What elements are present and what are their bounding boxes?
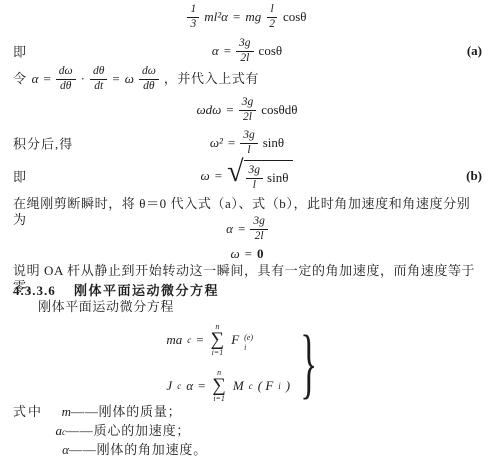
inertia-symbol: J — [166, 378, 172, 394]
sin-term: sinθ — [263, 135, 284, 151]
cos-term: cosθdθ — [261, 102, 297, 118]
equation-alpha-result: α = 3g2l — [0, 215, 494, 243]
where-intro: 式中 — [13, 401, 43, 420]
zero-value: 0 — [257, 246, 264, 262]
mg-term: mg — [245, 9, 261, 25]
where-row-accel: ac ——质心的加速度； — [48, 420, 190, 439]
after-integration-label: 积分后,得 — [13, 134, 73, 153]
subscript-i: i — [278, 381, 281, 391]
fraction-numerator: 3g — [239, 96, 257, 110]
substitute-text: ，并代入上式有 — [164, 71, 259, 87]
equation-omega-zero: ω = 0 — [0, 246, 494, 262]
superscript-e: (e) — [244, 333, 253, 343]
alpha-symbol: α — [212, 43, 219, 59]
fraction-3g-2l: 3g2l — [239, 96, 257, 123]
omega-symbol: ω — [125, 71, 134, 87]
subscript-i: i — [244, 343, 246, 353]
force-argument: ( F — [258, 378, 274, 394]
equation-moment: Jcα = n ∑ i=1 Mc ( Fi) — [166, 368, 290, 404]
sub-superscript: (e) i — [244, 333, 253, 353]
symbol-a: a — [48, 423, 62, 439]
description-accel: ——质心的加速度； — [66, 420, 190, 439]
equation-newton: mac = n ∑ i=1 F (e) i — [166, 322, 290, 358]
c-subscript: c — [177, 381, 181, 391]
symbol-m: m — [57, 404, 71, 420]
equals-sign: = — [196, 332, 203, 348]
c-subscript: c — [249, 381, 253, 391]
sum-lower-limit: i=1 — [213, 395, 225, 403]
equation-torque: 13 ml²α = mg l2 cosθ — [0, 2, 494, 32]
equation-system: mac = n ∑ i=1 F (e) i Jcα = n ∑ — [0, 318, 494, 408]
fraction-numerator: dω — [56, 65, 76, 79]
summation: n ∑ i=1 — [211, 323, 225, 357]
equals-sign: = — [226, 102, 233, 118]
fraction-numerator: 3g — [236, 37, 254, 51]
c-subscript: c — [187, 335, 191, 345]
fraction-denominator: l — [244, 144, 253, 157]
force-symbol: F — [231, 332, 239, 348]
fraction-denominator: dt — [91, 80, 106, 93]
sum-lower-limit: i=1 — [212, 349, 224, 357]
subline-text: 刚体平面运动微分方程 — [38, 299, 478, 315]
close-paren: ) — [286, 378, 290, 394]
equals-sign: = — [228, 135, 235, 151]
omega-symbol: ω — [201, 168, 210, 184]
equation-lhs: ml²α — [204, 9, 228, 25]
fraction-numerator: l — [267, 3, 276, 17]
where-row-mass: 式中 m ——刚体的质量； — [13, 401, 181, 420]
integral-row: 积分后,得 ω² = 3gl sinθ — [0, 128, 494, 158]
alpha-symbol: α — [32, 71, 39, 87]
fraction-3g-2l: 3g2l — [250, 215, 268, 242]
fraction-l-half: l2 — [266, 3, 278, 30]
ma-term: ma — [166, 332, 182, 348]
fraction-denominator: 2 — [266, 18, 278, 31]
square-root: √ 3gl sinθ — [227, 160, 293, 191]
alpha-symbol: α — [186, 378, 193, 394]
fraction-3g-2l: 3g2l — [236, 37, 254, 64]
radicand: 3gl sinθ — [244, 160, 294, 191]
description-angular: ——刚体的角加速度。 — [69, 439, 207, 457]
equals-sign: = — [112, 71, 119, 87]
wdw-lhs: ωdω — [197, 102, 222, 118]
section-heading: 4.3.3.6 刚体平面运动微分方程 — [13, 280, 483, 299]
right-brace: } — [300, 328, 317, 398]
fraction-denominator: 2l — [237, 52, 252, 65]
fraction-3g-l: 3gl — [246, 164, 264, 191]
equals-sign: = — [224, 43, 231, 59]
equation-b-row: 即 ω = √ 3gl sinθ (b) — [0, 158, 494, 194]
fraction-denominator: 2l — [252, 230, 267, 243]
equals-sign: = — [245, 246, 252, 262]
description-mass: ——刚体的质量； — [71, 401, 181, 420]
cos-term: cosθ — [259, 43, 283, 59]
section-title: 刚体平面运动微分方程 — [74, 283, 219, 298]
fraction-denominator: dθ — [57, 80, 74, 93]
radical-sign: √ — [227, 157, 243, 187]
where-row-angular: α ——刚体的角加速度。 — [55, 439, 207, 457]
ji-label: 即 — [13, 167, 27, 186]
fraction-numerator: 3g — [240, 129, 258, 143]
fraction-numerator: dθ — [90, 65, 107, 79]
cos-term: cosθ — [283, 9, 307, 25]
equation-wdw: ωdω = 3g2l cosθdθ — [0, 96, 494, 124]
equation-a-row: 即 α = 3g2l cosθ (a) — [0, 36, 494, 66]
moment-symbol: M — [233, 378, 244, 394]
summation: n ∑ i=1 — [212, 369, 226, 403]
equals-sign: = — [43, 71, 50, 87]
fraction-one-third: 13 — [187, 3, 199, 30]
ji-label: 即 — [13, 42, 27, 61]
fraction-denominator: 3 — [187, 18, 199, 31]
fraction-3g-l: 3gl — [240, 129, 258, 156]
fraction-dw-dtheta-2: dωdθ — [139, 65, 159, 92]
omega-symbol: ω — [230, 246, 239, 262]
equals-sign: = — [215, 168, 222, 184]
symbol-alpha: α — [55, 442, 69, 457]
fraction-numerator: 1 — [187, 3, 199, 17]
fraction-numerator: 3g — [246, 164, 264, 178]
fraction-dtheta-dt: dθdt — [90, 65, 107, 92]
fraction-denominator: dθ — [140, 80, 157, 93]
fraction-numerator: 3g — [250, 215, 268, 229]
sin-term: sinθ — [267, 170, 288, 186]
sigma-icon: ∑ — [211, 331, 225, 349]
fraction-numerator: dω — [139, 65, 159, 79]
omega-squared: ω² — [210, 135, 223, 151]
dot-operator: · — [81, 71, 85, 87]
substitution-line: 令 α = dωdθ · dθdt = ω dωdθ ，并代入上式有 — [0, 64, 494, 94]
fraction-dw-dtheta: dωdθ — [56, 65, 76, 92]
equation-tag-a: (a) — [467, 43, 482, 59]
section-number: 4.3.3.6 — [13, 283, 56, 298]
alpha-symbol: α — [226, 221, 233, 237]
sigma-icon: ∑ — [212, 377, 226, 395]
system-equations: mac = n ∑ i=1 F (e) i Jcα = n ∑ — [166, 322, 290, 404]
equals-sign: = — [198, 378, 205, 394]
equation-tag-b: (b) — [466, 168, 482, 184]
document-page: 13 ml²α = mg l2 cosθ 即 α = 3g2l cosθ (a)… — [0, 0, 494, 457]
equals-sign: = — [238, 221, 245, 237]
fraction-denominator: l — [250, 179, 259, 192]
equals-sign: = — [233, 9, 240, 25]
fraction-denominator: 2l — [240, 111, 255, 124]
let-text: 令 — [13, 71, 27, 87]
